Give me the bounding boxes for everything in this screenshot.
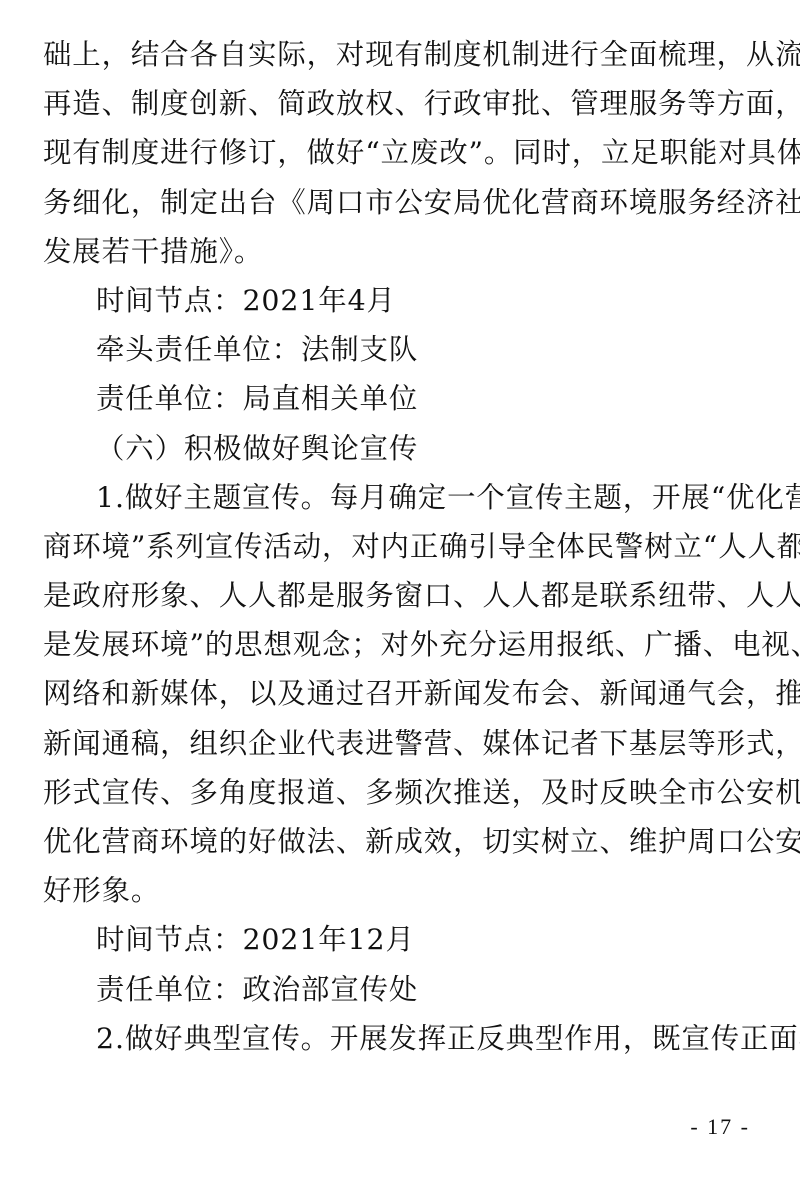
body-text-line: 是政府形象、人人都是服务窗口、人人都是联系纽带、人人都	[43, 571, 755, 620]
page-number: - 17 -	[690, 1112, 750, 1142]
lead-responsible-unit: 牵头责任单位：法制支队	[43, 325, 755, 374]
body-text-line: 务细化，制定出台《周口市公安局优化营商环境服务经济社会	[43, 178, 755, 227]
body-text-line: 2.做好典型宣传。开展发挥正反典型作用，既宣传正面典	[43, 1014, 755, 1063]
body-text-line: 再造、制度创新、简政放权、行政审批、管理服务等方面，对	[43, 79, 755, 128]
body-text-line: 是发展环境”的思想观念；对外充分运用报纸、广播、电视、	[43, 620, 755, 669]
body-text-line: 形式宣传、多角度报道、多频次推送，及时反映全市公安机关	[43, 768, 755, 817]
body-text-line: 商环境”系列宣传活动，对内正确引导全体民警树立“人人都	[43, 522, 755, 571]
body-text-line: 优化营商环境的好做法、新成效，切实树立、维护周口公安良	[43, 817, 755, 866]
body-text-line: 现有制度进行修订，做好“立废改”。同时，立足职能对具体任	[43, 128, 755, 177]
responsible-unit: 责任单位：局直相关单位	[43, 374, 755, 423]
body-text-line: 新闻通稿，组织企业代表进警营、媒体记者下基层等形式，多	[43, 719, 755, 768]
document-page: 础上，结合各自实际，对现有制度机制进行全面梳理，从流程 再造、制度创新、简政放权…	[43, 30, 755, 1063]
body-text-line: 发展若干措施》。	[43, 227, 755, 276]
time-node: 时间节点：2021年4月	[43, 276, 755, 325]
time-node: 时间节点：2021年12月	[43, 915, 755, 964]
body-text-line: 好形象。	[43, 866, 755, 915]
body-text-line: 1.做好主题宣传。每月确定一个宣传主题，开展“优化营	[43, 473, 755, 522]
body-text-line: 网络和新媒体，以及通过召开新闻发布会、新闻通气会，推送	[43, 669, 755, 718]
body-text-line: 础上，结合各自实际，对现有制度机制进行全面梳理，从流程	[43, 30, 755, 79]
section-heading: （六）积极做好舆论宣传	[43, 424, 755, 473]
responsible-unit: 责任单位：政治部宣传处	[43, 965, 755, 1014]
